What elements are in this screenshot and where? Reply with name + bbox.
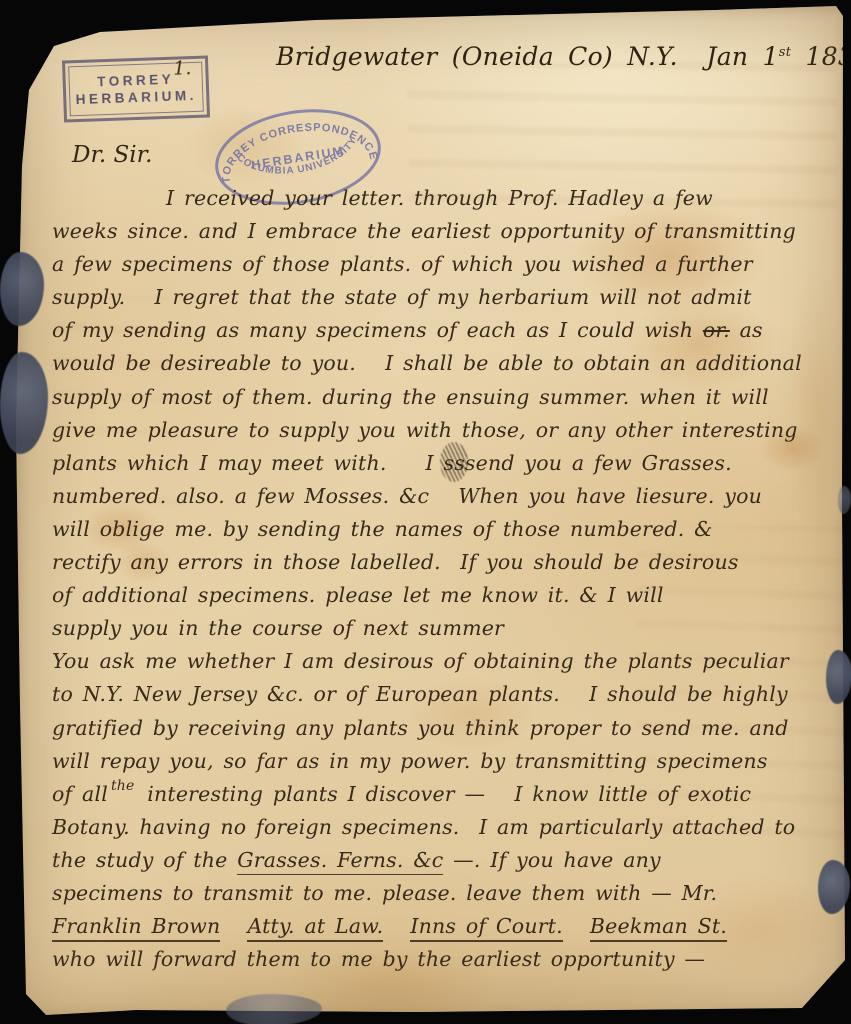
- addressee-name: Franklin Brown: [52, 914, 220, 942]
- handwritten-number: 1.: [173, 60, 192, 78]
- letter-line: I received your letter. through Prof. Ha…: [52, 182, 844, 215]
- dateline-date: Jan 1: [706, 42, 778, 71]
- letter-line: Botany. having no foreign specimens. I a…: [52, 811, 844, 844]
- letter-line address-line: Franklin BrownAtty. at Law.Inns of Court…: [52, 910, 844, 943]
- letter-line: of allthe interesting plants I discover …: [52, 778, 844, 811]
- letter-line: of my sending as many specimens of each …: [52, 314, 844, 347]
- letter-line: supply you in the course of next summer: [52, 612, 844, 645]
- stamp-line-2: HERBARIUM.: [75, 87, 197, 108]
- letter-line: supply. I regret that the state of my he…: [52, 281, 844, 314]
- inserted-word: the: [111, 778, 135, 794]
- letter-line: supply of most of them. during the ensui…: [52, 381, 844, 414]
- scanned-letter-page: { "colors":{ "background":"#060606", "pa…: [0, 0, 851, 1024]
- letter-line: the study of the Grasses. Ferns. &c —. I…: [52, 844, 844, 877]
- letter-line: specimens to transmit to me. please. lea…: [52, 877, 844, 910]
- letter-line: would be desireable to you. I shall be a…: [52, 347, 844, 380]
- line-text: the study of the: [52, 848, 237, 872]
- letter-line: will repay you, so far as in my power. b…: [52, 745, 844, 778]
- letter-line: You ask me whether I am desirous of obta…: [52, 645, 844, 678]
- letter-line: of additional specimens. please let me k…: [52, 579, 844, 612]
- dateline-ordinal: st: [779, 45, 792, 60]
- letter-paper: TORREY HERBARIUM. 1. TORREY CORRESPONDEN…: [16, 6, 848, 1018]
- struck-word: or.: [703, 318, 730, 342]
- scribbled-out-word: ss: [443, 447, 464, 480]
- letter-body: I received your letter. through Prof. Ha…: [52, 182, 844, 976]
- addressee-title: Atty. at Law.: [247, 914, 383, 942]
- addressee-street: Beekman St.: [590, 914, 727, 942]
- letter-line: gratified by receiving any plants you th…: [52, 712, 844, 745]
- line-text: send you a few Grasses.: [465, 451, 732, 475]
- letter-line: who will forward them to me by the earli…: [52, 943, 844, 976]
- letter-line: plants which I may meet with. I sssend y…: [52, 447, 844, 480]
- letter-line: weeks since. and I embrace the earliest …: [52, 215, 844, 248]
- dateline-place: Bridgewater (Oneida Co) N.Y.: [276, 42, 706, 71]
- line-text: as: [730, 318, 763, 342]
- line-text: plants which I may meet with. I: [52, 451, 443, 475]
- letter-line: a few specimens of those plants. of whic…: [52, 248, 844, 281]
- letter-line: will oblige me. by sending the names of …: [52, 513, 844, 546]
- line-text: —. If you have any: [443, 848, 660, 872]
- dateline-year: 1831: [791, 42, 851, 71]
- line-text: of my sending as many specimens of each …: [52, 318, 703, 342]
- torrey-herbarium-box-stamp: TORREY HERBARIUM. 1.: [62, 55, 210, 122]
- line-text: interesting plants I discover — I know l…: [138, 782, 752, 806]
- underlined-phrase: Grasses. Ferns. &c: [237, 848, 443, 875]
- dateline: Bridgewater (Oneida Co) N.Y. Jan 1st 183…: [276, 42, 836, 71]
- letter-line: numbered. also. a few Mosses. &c When yo…: [52, 480, 844, 513]
- line-text: of all: [52, 782, 108, 806]
- letter-line: to N.Y. New Jersey &c. or of European pl…: [52, 678, 844, 711]
- letter-line: rectify any errors in those labelled. If…: [52, 546, 844, 579]
- salutation: Dr. Sir.: [72, 142, 152, 168]
- letter-line: give me pleasure to supply you with thos…: [52, 414, 844, 447]
- stamp-line-1: TORREY: [97, 71, 175, 91]
- addressee-building: Inns of Court.: [410, 914, 563, 942]
